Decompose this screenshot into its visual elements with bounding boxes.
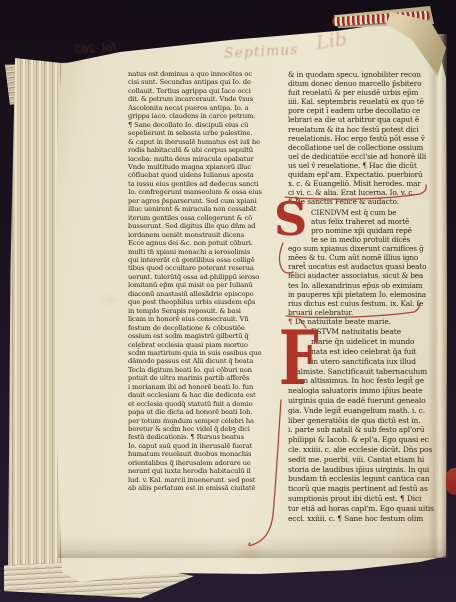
text-line: i morianam ibi ad honorē beati Io. fun: [128, 383, 286, 391]
text-line: multi tn̄ xpiani monachi a ierosolimis: [128, 248, 286, 256]
text-line: & caput in iherusalē humatus est iux̄ he: [128, 138, 286, 146]
text-line: pore cepit ī eadem urbe decollatio ce: [288, 106, 435, 115]
text-line: rodis habitaculū & ubi corpus sepultū: [128, 146, 286, 154]
text-line: collauit. Tertius agrippa qui Iaco occi: [128, 87, 286, 95]
text-line: Io. caput suū quod in iherusalē fuerat: [128, 442, 286, 450]
text-line: cisi sunt. Secundus antipas qui Io. de: [128, 78, 286, 86]
text-line: grippa iaco. claudens in carce petrum.: [128, 112, 286, 120]
text-line: te se in medio protulit dicēs: [288, 235, 435, 244]
text-line: dauit ecclesiam & hac die dedicata est: [128, 391, 286, 399]
text-line: iiii. Kal. septembris reuelatū ex quo tē: [288, 97, 435, 106]
right-column-intro: & in quodam specu. ignobiliter reconditu…: [288, 70, 435, 197]
text-line: cōfluebat quod uidens Iulianus aposta: [128, 171, 286, 179]
text-line: licam in honorē eius consecrauit. Vn̄: [128, 315, 286, 323]
handwritten-lib-flourish: Lib: [315, 28, 349, 54]
text-line: CIENDVM est q̄ cum be: [288, 208, 435, 217]
text-line: beretur & scd̄m hoc videl q̄ debꝫ dici: [128, 425, 286, 433]
text-line: celebrat ecclesia quasi piam mortuo: [128, 341, 286, 349]
text-line: gia. Vnde legit̄ euangelium math. i. c.: [288, 406, 435, 416]
text-line: lud. v. Kal. marcii inuenerunt. sed post: [128, 476, 286, 484]
text-line: festū dedicationis. ¶ Rursus beatus: [128, 433, 286, 441]
text-line: orientalibus q̄ iherusalem adorare ue: [128, 459, 286, 467]
red-edge-marker: [446, 468, 456, 495]
text-line: ab aliis perlatum est in emissā ciuitatē: [128, 484, 286, 492]
text-line: atus felix traheret ad mortē: [288, 217, 435, 226]
text-line: i. parte sub natali & sub festo apl'orū: [288, 425, 435, 435]
bottom-edge-shadow: [58, 534, 448, 558]
felix-paragraph-indented: CIENDVM est q̄ cum beatus felix traheret…: [288, 208, 435, 244]
text-line: decollatione uel de collectione ossium: [288, 143, 435, 152]
text-line: scd̄m martirium quia in suis ossibus quo: [128, 349, 286, 357]
text-line: lebrari ea die ut arbitror qua caput ē: [288, 115, 435, 124]
text-line: tibus quod occultare poterant reserua: [128, 264, 286, 272]
felix-paragraph: ego sum xpianus dixerunt carnifices ḡmēe…: [288, 244, 435, 317]
text-line: philippi & Iacob. & epl'a. Ego quasi ec: [288, 435, 435, 445]
text-line: tur etiā ad horas capl'm. Ego quasi uiti…: [288, 504, 435, 514]
text-line: papa ut die dicta ad honorē beati Ioh.: [128, 408, 286, 416]
text-line: natus est dominus a quo innocētes oc: [128, 70, 286, 78]
text-line: ¶ Sane decollato Io. discipuli eius cū: [128, 121, 286, 129]
text-column-left: natus est dominus a quo innocētes occisi…: [128, 70, 286, 493]
text-line: busserunt. Sed digitus ille quo dn̄m ad: [128, 222, 286, 230]
text-line: cle. xxiiii. c. alie ecclesie dicūt. Dn̄…: [288, 445, 435, 455]
text-line: dāmodo passus est Alii dicunt q̄ beata: [128, 357, 286, 365]
text-line: reuelatum & ita hoc festū potest dici: [288, 125, 435, 134]
text-line: in templo Serapis reposuit. & basi: [128, 307, 286, 315]
text-line: uerunt. tulerūtq̄ ossa ad philippū ieros…: [128, 273, 286, 281]
text-line: x. c. & Euangeliō. Misit herodes. mar: [288, 179, 435, 188]
text-line: ci vi. c. & alia. Erat lucerna. Io. v. c…: [288, 188, 435, 197]
text-line: mēes & tu. Cum aūt nomē illius igno: [288, 253, 435, 262]
text-line: per agros p̄sparserunt. Sed cum xpiani: [128, 197, 286, 205]
text-line: eccl. xxiiii. c. ¶ Sane hoc festum olim: [288, 514, 435, 524]
text-line: sumptionis prout ibi dictū est. ¶ Dici: [288, 494, 435, 504]
text-line: sepelierunt in sebasta urbe palestine.: [128, 129, 286, 137]
text-line: fuit reuelatū & per eiusdē urbis ep̄m: [288, 88, 435, 97]
text-line: ticorū que magis pertinent ad festū as: [288, 484, 435, 494]
text-line: Io. confregerunt manseolum & ossa eius: [128, 188, 286, 196]
text-line: lomitanū ep̄m qui misit ea per Iulianū: [128, 281, 286, 289]
text-line: et ecclesia quodq̄ statutū fuit a domio: [128, 400, 286, 408]
text-line: diaconū anastasiū allexādrie episcopo: [128, 290, 286, 298]
text-line: potuit de ultra marinis partib̄ afferēs: [128, 374, 286, 382]
text-line: illuc uenirent & miracula non cessabāt: [128, 205, 286, 213]
text-line: rius dictus est cuius festum. ix. Kal. f…: [288, 299, 435, 308]
text-line: iordanem ueniēt monstrauit dicens: [128, 231, 286, 239]
text-line: us uel v̄ reuelatione. ¶ Hac die dicūt: [288, 161, 435, 170]
text-line: tes Io. allexandrinus ep̄us ob eximiam: [288, 281, 435, 290]
text-line: quidam epl'am. Expectatio. puerbiorū: [288, 170, 435, 179]
text-line: per totum mundum semper celebri ha: [128, 417, 286, 425]
text-line: ossium est scd̄m magistrū gilbertū q̄: [128, 332, 286, 340]
text-line: Ecce agnus dei &c. non potuit cōburi.: [128, 239, 286, 247]
text-line: liber generatiōis de qua dictū est in.: [288, 416, 435, 426]
text-line: raret̄ uocatus est audactus quasi beato: [288, 262, 435, 271]
handwritten-folio-number: fol. 265: [74, 41, 117, 56]
text-line: iterum gentiles ossa collegerunt & cō: [128, 214, 286, 222]
text-line: Vnde multitudo magna xpianorū illuc: [128, 163, 286, 171]
text-line: busdam tn̄ ecclesiis legunt cantica can: [288, 474, 435, 484]
text-line: iaceba: multa deus miracula opabatur: [128, 155, 286, 163]
chapter-heading-felix: ¶ De sanctis Felice & audacto.: [288, 197, 435, 208]
text-line: pro nomine xp̄i quidam repē: [288, 226, 435, 235]
rubric-initial-s: S: [274, 196, 307, 242]
text-line: nerant qui iuxta herodis habitaculū il: [128, 467, 286, 475]
text-line: humatum reuelauit duobus monachis: [128, 450, 286, 458]
text-line: dit. & petrum incarcerauit. Vnde v̄sus: [128, 95, 286, 103]
rubric-initial-f: F: [279, 321, 319, 396]
incunabulum-page-photo: fol. 265 Lib Septimus natus est dominus …: [0, 0, 456, 602]
text-line: & in quodam specu. ignobiliter recon: [288, 70, 435, 79]
text-line: uel de dedicatiōe eccl'sie ad honorē ill…: [288, 152, 435, 161]
text-line: ditum donec denuo marcello p̄sbitero: [288, 79, 435, 88]
text-line: qui intererāt cū gentilibus ossa colligē: [128, 256, 286, 264]
text-line: felici audacter associatus. sicut & bea: [288, 271, 435, 280]
text-line: festum de decollatione & cōbustiōe: [128, 324, 286, 332]
text-line: Ascolonita necat pueros antipa. Io. a: [128, 104, 286, 112]
text-line: reuelationis. Hoc ergo festū pōt esse v̄: [288, 134, 435, 143]
text-line: ta iussu eius gentiles ad dedecus sancti: [128, 180, 286, 188]
text-line: ego sum xpianus dixerunt carnifices ḡ: [288, 244, 435, 253]
text-line: in pauperes xp̄i pietatem Io. elemosina: [288, 290, 435, 299]
text-line: que post theophilus urbis eiusdem ep̄s: [128, 298, 286, 306]
text-line: storia de laudibus ip̄ius uirginis. In q…: [288, 465, 435, 475]
text-line: sedit me. puerbi. viii. Cantat etiam hi: [288, 455, 435, 465]
text-column-right: & in quodam specu. ignobiliter reconditu…: [288, 70, 435, 523]
